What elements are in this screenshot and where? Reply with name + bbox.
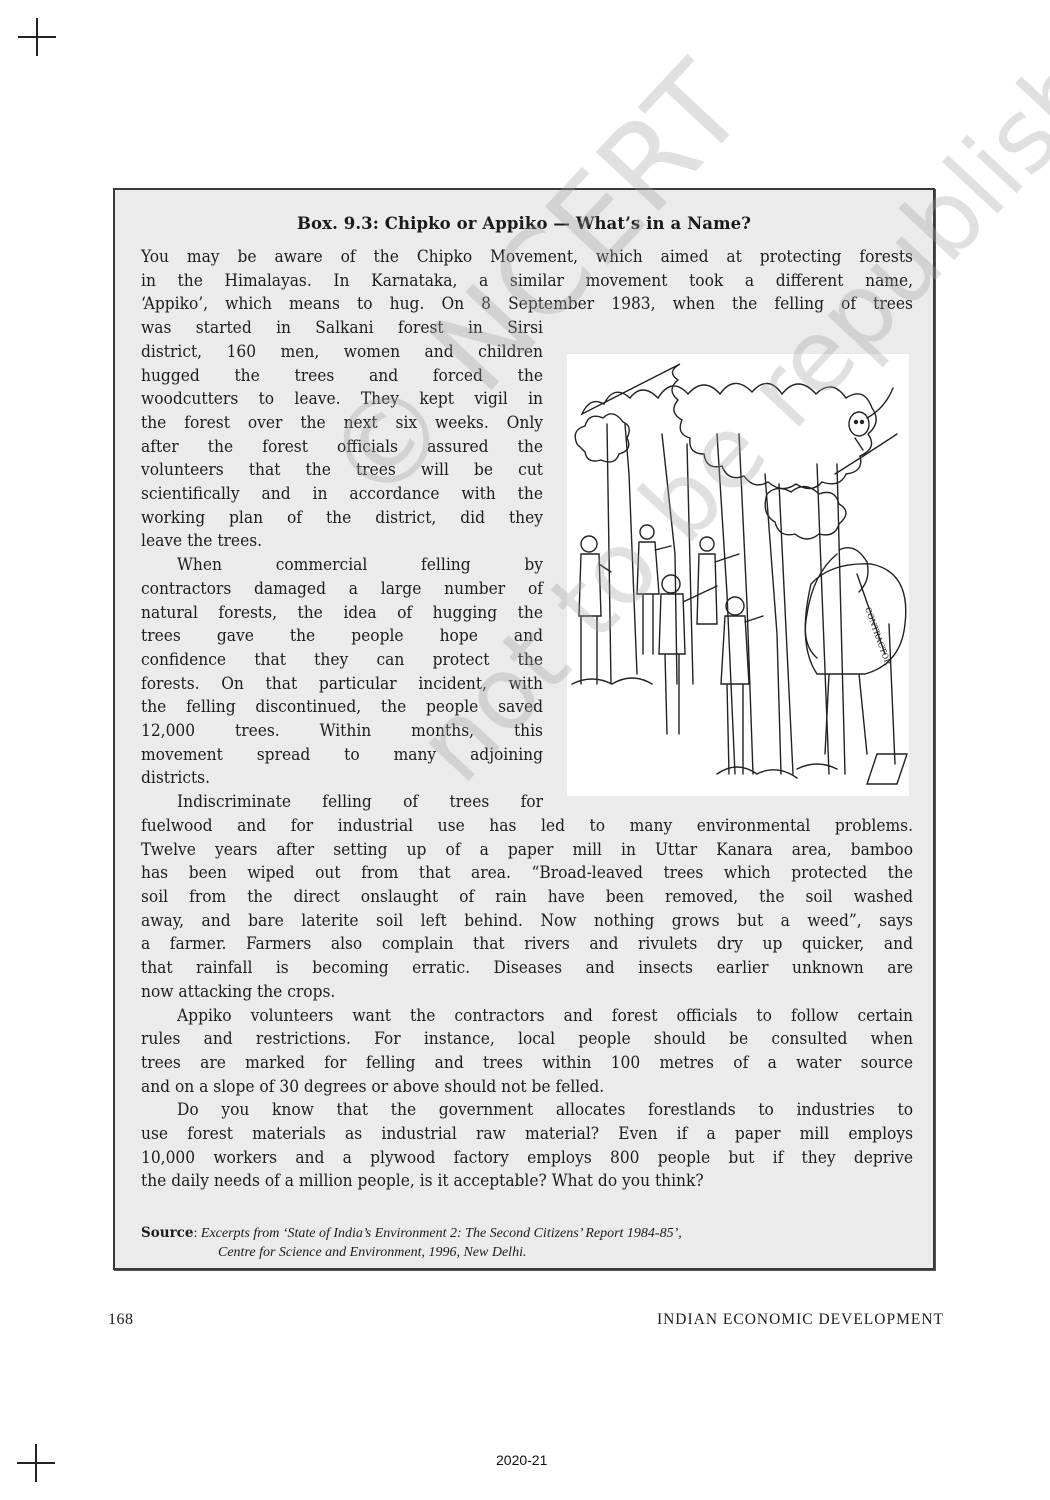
svg-text:CONTRACTOR: CONTRACTOR (863, 606, 893, 667)
text-line: rules and restrictions. For instance, lo… (141, 1028, 913, 1052)
text-line: leave the trees. (141, 530, 543, 554)
text-line: soil from the direct onslaught of rain h… (141, 886, 913, 910)
box-9-3: Box. 9.3: Chipko or Appiko — What’s in a… (113, 188, 935, 1270)
box-title: Box. 9.3: Chipko or Appiko — What’s in a… (115, 214, 933, 233)
text-line: When commercial felling by (141, 554, 543, 578)
source-label: Source (141, 1225, 194, 1241)
crop-mark-bottom-left (17, 1444, 55, 1482)
text-line: the forest over the next six weeks. Only (141, 412, 543, 436)
text-line: Indiscriminate felling of trees for (141, 791, 543, 815)
text-line: now attacking the crops. (141, 981, 913, 1005)
ground-roots (572, 678, 837, 778)
text-line: You may be aware of the Chipko Movement,… (141, 246, 913, 270)
text-line: woodcutters to leave. They kept vigil in (141, 388, 543, 412)
text-line: contractors damaged a large number of (141, 578, 543, 602)
text-line: natural forests, the idea of hugging the (141, 602, 543, 626)
crop-mark-top-left (18, 18, 56, 56)
text-line: ‘Appiko’, which means to hug. On 8 Septe… (141, 293, 913, 317)
edition-year: 2020-21 (496, 1452, 547, 1468)
tree-trunks (607, 424, 897, 774)
text-line: Appiko volunteers want the contractors a… (141, 1005, 913, 1029)
text-line: was started in Salkani forest in Sirsi (141, 317, 543, 341)
text-line: in the Himalayas. In Karnataka, a simila… (141, 270, 913, 294)
text-line: volunteers that the trees will be cut (141, 459, 543, 483)
chipko-cartoon-illustration: CONTRACTOR (567, 354, 909, 796)
text-line: Do you know that the government allocate… (141, 1099, 913, 1123)
text-line: the daily needs of a million people, is … (141, 1170, 913, 1194)
text-line: after the forest officials assured the (141, 436, 543, 460)
text-line: that rainfall is becoming erratic. Disea… (141, 957, 913, 981)
paragraph-4: Appiko volunteers want the contractors a… (141, 1005, 913, 1100)
text-line: a farmer. Farmers also complain that riv… (141, 933, 913, 957)
text-line: Twelve years after setting up of a paper… (141, 839, 913, 863)
text-line: has been wiped out from that area. “Broa… (141, 862, 913, 886)
book-title: INDIAN ECONOMIC DEVELOPMENT (657, 1311, 944, 1329)
page-number: 168 (108, 1311, 134, 1329)
source-citation: Source: Excerpts from ‘State of India’s … (141, 1224, 921, 1262)
text-line: and on a slope of 30 degrees or above sh… (141, 1076, 913, 1100)
text-line: trees are marked for felling and trees w… (141, 1052, 913, 1076)
text-line: movement spread to many adjoining (141, 744, 543, 768)
villagers (579, 525, 763, 774)
text-line: districts. (141, 767, 543, 791)
text-line: 12,000 trees. Within months, this (141, 720, 543, 744)
paragraph-3: Indiscriminate felling of trees for fuel… (141, 791, 913, 1004)
text-line: working plan of the district, did they (141, 507, 543, 531)
source-line-1: Excerpts from ‘State of India’s Environm… (201, 1226, 682, 1241)
source-line-2: Centre for Science and Environment, 1996… (141, 1243, 921, 1262)
text-line: scientifically and in accordance with th… (141, 483, 543, 507)
text-line: district, 160 men, women and children (141, 341, 543, 365)
text-line: away, and bare laterite soil left behind… (141, 910, 913, 934)
text-line: use forest materials as industrial raw m… (141, 1123, 913, 1147)
text-line: 10,000 workers and a plywood factory emp… (141, 1147, 913, 1171)
text-line: forests. On that particular incident, wi… (141, 673, 543, 697)
text-line: trees gave the people hope and (141, 625, 543, 649)
paragraph-5: Do you know that the government allocate… (141, 1099, 913, 1194)
text-line: confidence that they can protect the (141, 649, 543, 673)
tree-canopy-icon (575, 364, 876, 539)
text-line: hugged the trees and forced the (141, 365, 543, 389)
text-line: the felling discontinued, the people sav… (141, 696, 543, 720)
contractor-figure: CONTRACTOR (805, 548, 907, 784)
source-colon: : (194, 1226, 201, 1241)
cartoon-drawing: CONTRACTOR (567, 354, 909, 796)
text-line: fuelwood and for industrial use has led … (141, 815, 913, 839)
